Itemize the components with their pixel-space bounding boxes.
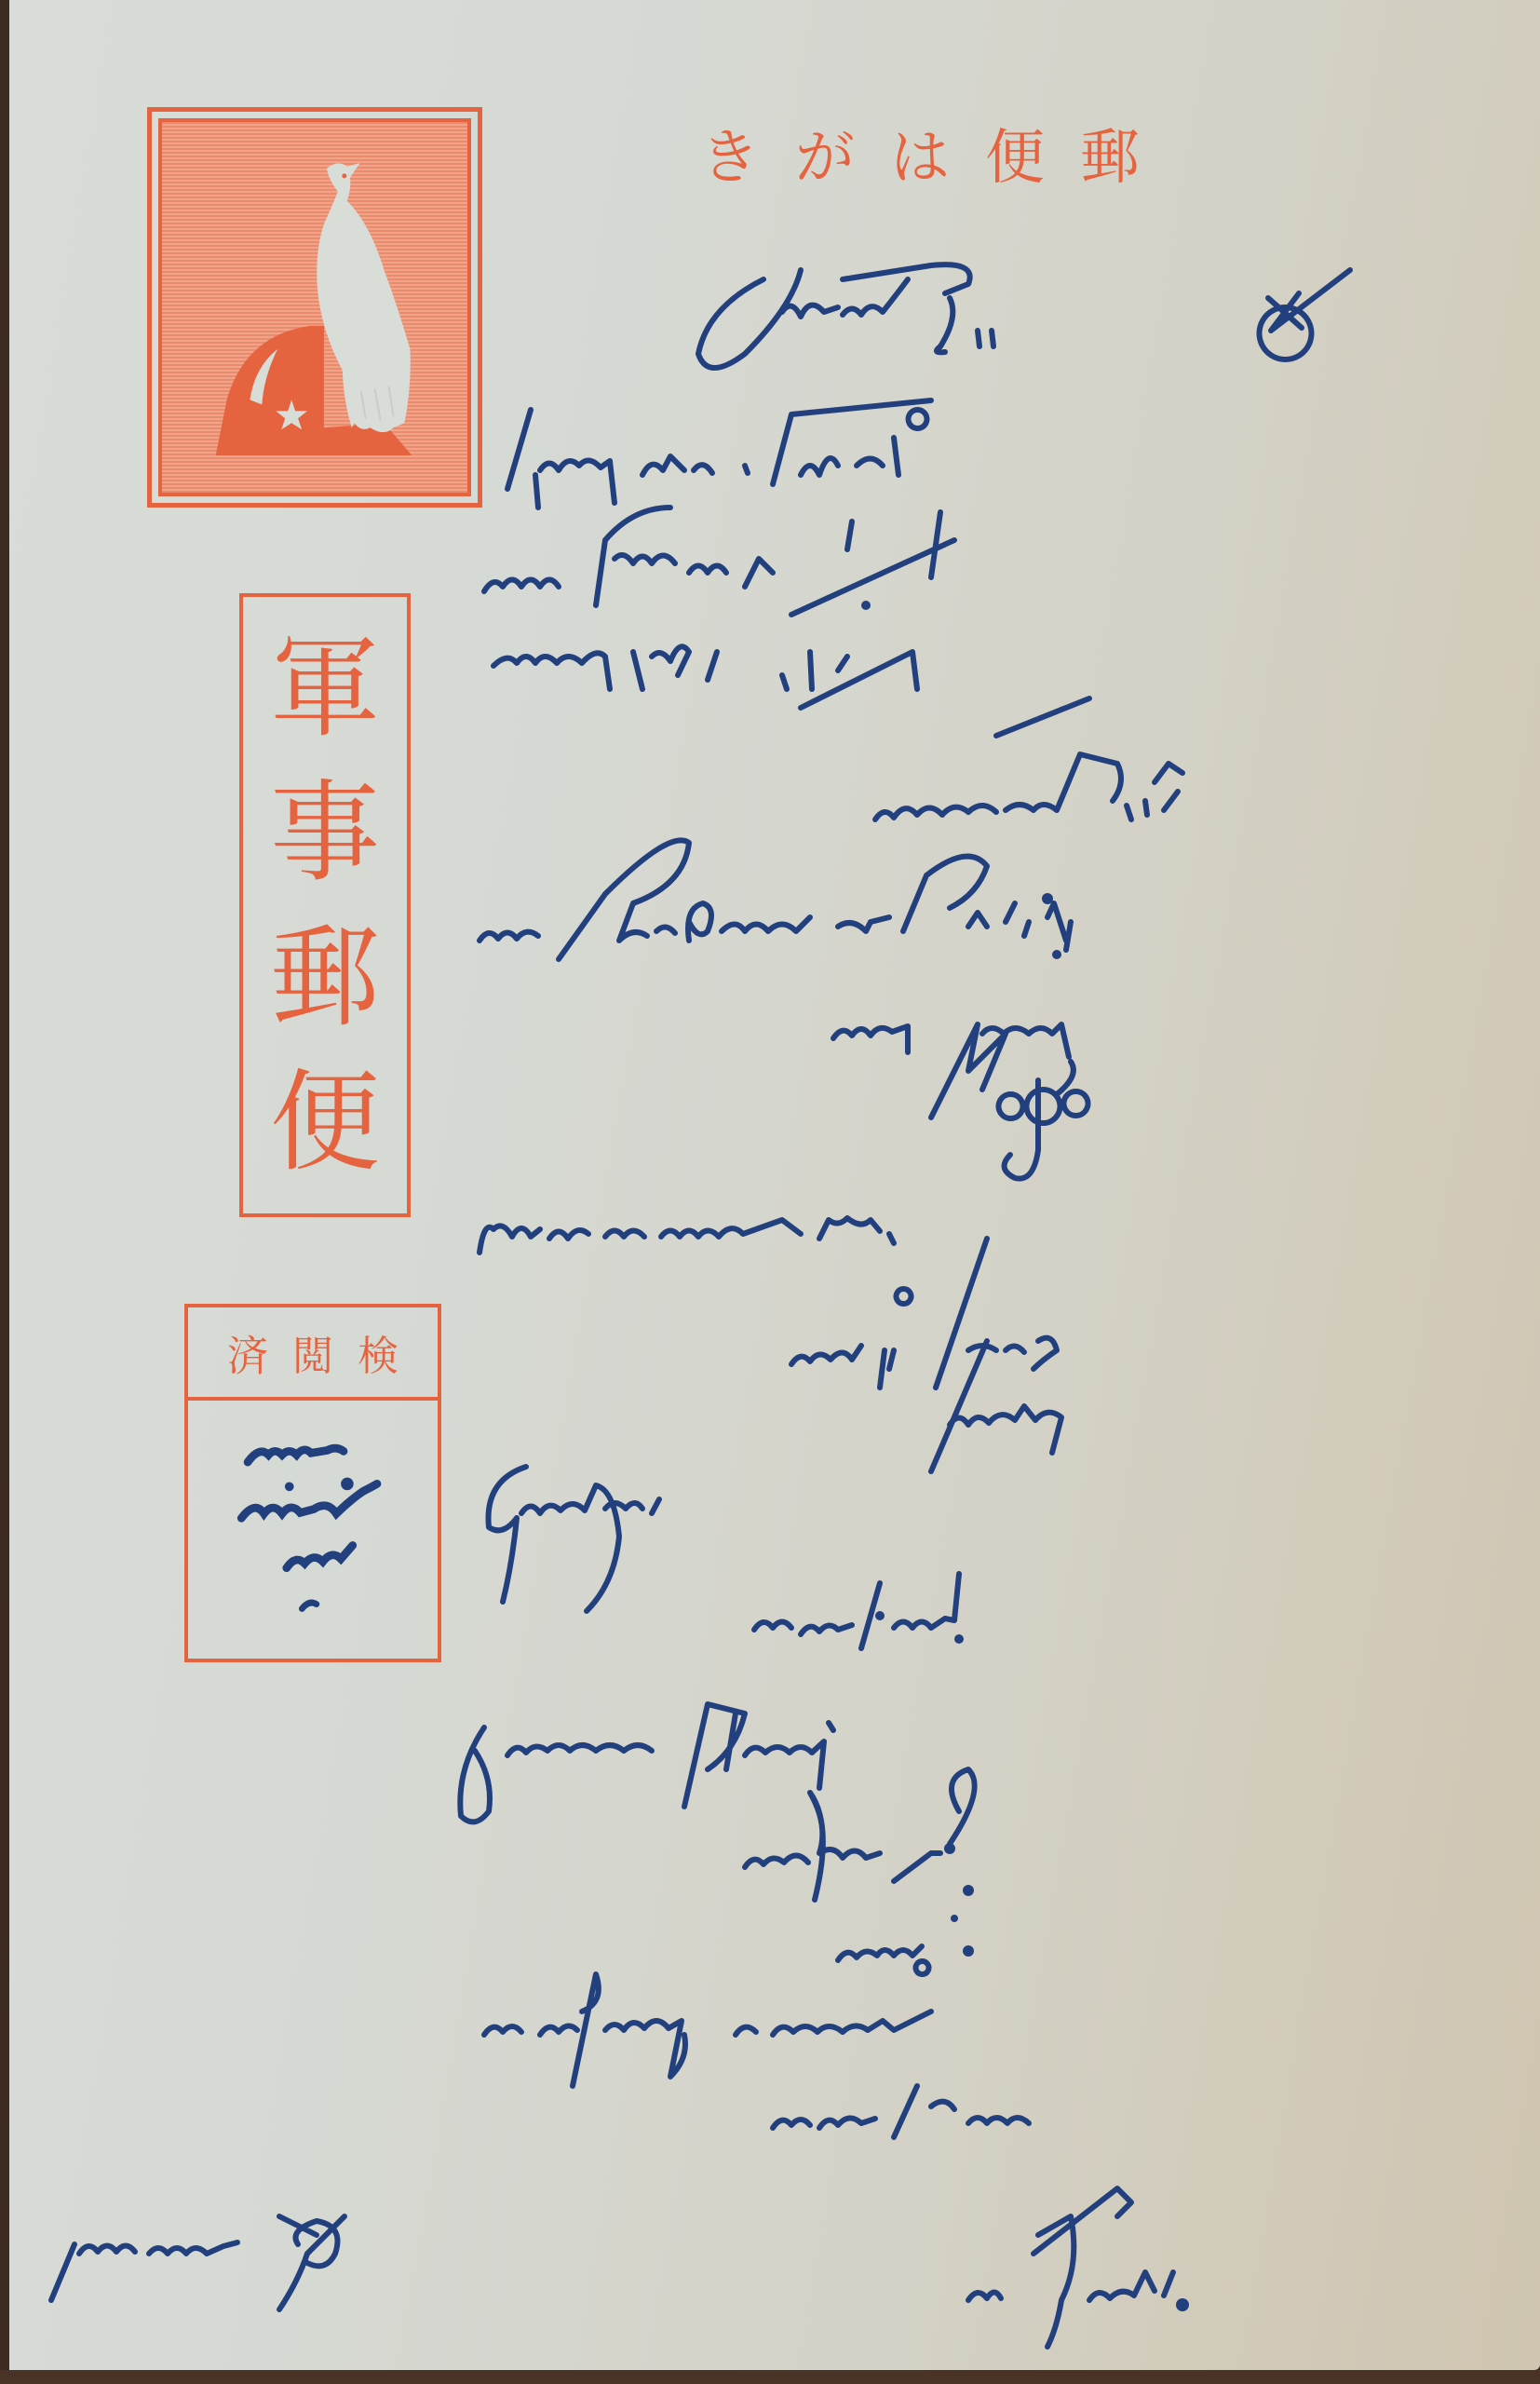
dove-on-helmet-icon [162, 122, 467, 493]
censor-label: 検閲済 [188, 1307, 438, 1401]
card-edge-bottom [0, 2370, 1540, 2384]
censorship-box: 検閲済 [184, 1304, 441, 1662]
postage-stamp [147, 107, 482, 508]
military-mail-char: 郵 [270, 923, 380, 1033]
card-edge-left [0, 0, 9, 2384]
postcard-header-title: 郵便はがき [672, 110, 1175, 196]
stamp-image [158, 118, 471, 496]
censor-signature [188, 1401, 438, 1655]
military-mail-char: 便 [270, 1067, 380, 1177]
military-postcard: 郵便はがき 軍 事 郵 便 検閲済 Illegible cursive hand… [9, 0, 1540, 2370]
military-mail-char: 事 [270, 778, 380, 887]
military-mail-char: 軍 [270, 633, 380, 743]
military-mail-label-box: 軍 事 郵 便 [239, 593, 411, 1217]
message-note: Illegible cursive handwriting in blue in… [9, 0, 10, 1]
